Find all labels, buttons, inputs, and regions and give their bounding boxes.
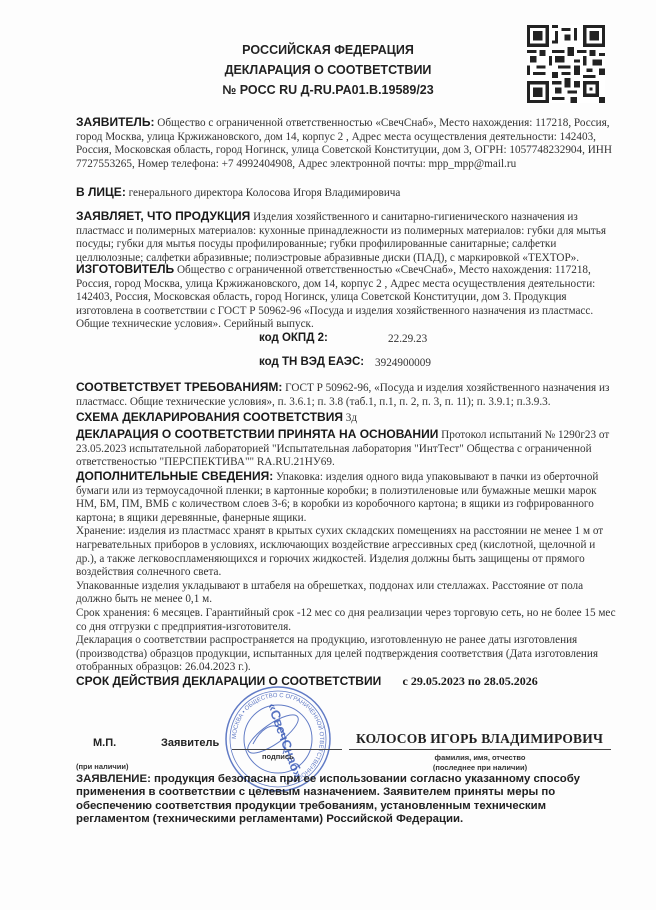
name-caption-note: (последнее при наличии) [349, 763, 611, 772]
applicant-signature-label: Заявитель [161, 737, 219, 749]
additional-stacking: Упакованные изделия укладывают в штабеля… [76, 580, 616, 607]
requirements-label: СООТВЕТСТВУЕТ ТРЕБОВАНИЯМ: [76, 380, 282, 394]
requirements-section: СООТВЕТСТВУЕТ ТРЕБОВАНИЯМ: ГОСТ Р 50962-… [76, 381, 616, 409]
manufacturer-section: ИЗГОТОВИТЕЛЬ Общество с ограниченной отв… [76, 263, 616, 332]
seal-label: М.П. [93, 737, 116, 749]
scheme-value: 3д [346, 412, 357, 424]
okpd-label: код ОКПД 2: [259, 332, 328, 344]
applicant-text: Общество с ограниченной ответственностью… [76, 117, 612, 170]
scheme-section: СХЕМА ДЕКЛАРИРОВАНИЯ СООТВЕТСТВИЯ 3д [76, 411, 616, 426]
signature-line [232, 749, 342, 750]
signatory-name: КОЛОСОВ ИГОРЬ ВЛАДИМИРОВИЧ [356, 731, 603, 747]
product-label: ЗАЯВЛЯЕТ, ЧТО ПРОДУКЦИЯ [76, 209, 250, 223]
manufacturer-label: ИЗГОТОВИТЕЛЬ [76, 262, 174, 276]
validity-section: СРОК ДЕЙСТВИЯ ДЕКЛАРАЦИИ О СООТВЕТСТВИИ … [76, 674, 616, 689]
applicant-label: ЗАЯВИТЕЛЬ: [76, 115, 154, 129]
applicant-section: ЗАЯВИТЕЛЬ: Общество с ограниченной ответ… [76, 116, 616, 171]
represented-by-label: В ЛИЦЕ: [76, 185, 126, 199]
seal-caption: (при наличии) [76, 762, 128, 771]
basis-label: ДЕКЛАРАЦИЯ О СООТВЕТСТВИИ ПРИНЯТА НА ОСН… [76, 427, 438, 441]
basis-section: ДЕКЛАРАЦИЯ О СООТВЕТСТВИИ ПРИНЯТА НА ОСН… [76, 428, 616, 470]
additional-scope: Декларация о соответствии распространяет… [76, 634, 616, 675]
okpd-value: 22.29.23 [388, 333, 427, 345]
additional-label: ДОПОЛНИТЕЛЬНЫЕ СВЕДЕНИЯ: [76, 469, 273, 483]
scheme-label: СХЕМА ДЕКЛАРИРОВАНИЯ СООТВЕТСТВИЯ [76, 410, 343, 424]
validity-dates: с 29.05.2023 по 28.05.2026 [403, 674, 538, 688]
additional-shelf-life: Срок хранения: 6 месяцев. Гарантийный ср… [76, 607, 616, 634]
declaration-page: РОССИЙСКАЯ ФЕДЕРАЦИЯ ДЕКЛАРАЦИЯ О СООТВЕ… [0, 0, 656, 910]
product-section: ЗАЯВЛЯЕТ, ЧТО ПРОДУКЦИЯ Изделия хозяйств… [76, 210, 616, 265]
name-line [349, 749, 611, 750]
additional-section: ДОПОЛНИТЕЛЬНЫЕ СВЕДЕНИЯ: Упаковка: издел… [76, 470, 616, 675]
qr-code-icon [527, 25, 605, 103]
represented-by-section: В ЛИЦЕ: генерального директора Колосова … [76, 186, 616, 201]
additional-storage: Хранение: изделия из пластмасс хранят в … [76, 525, 616, 579]
name-caption: фамилия, имя, отчество [349, 753, 611, 762]
signature-caption: подпись [262, 752, 294, 761]
statement-section: ЗАЯВЛЕНИЕ: продукция безопасна при ее ис… [76, 773, 596, 827]
represented-by-text: генерального директора Колосова Игоря Вл… [129, 187, 401, 199]
tnved-value: 3924900009 [375, 357, 431, 369]
tnved-label: код ТН ВЭД ЕАЭС: [259, 356, 364, 368]
